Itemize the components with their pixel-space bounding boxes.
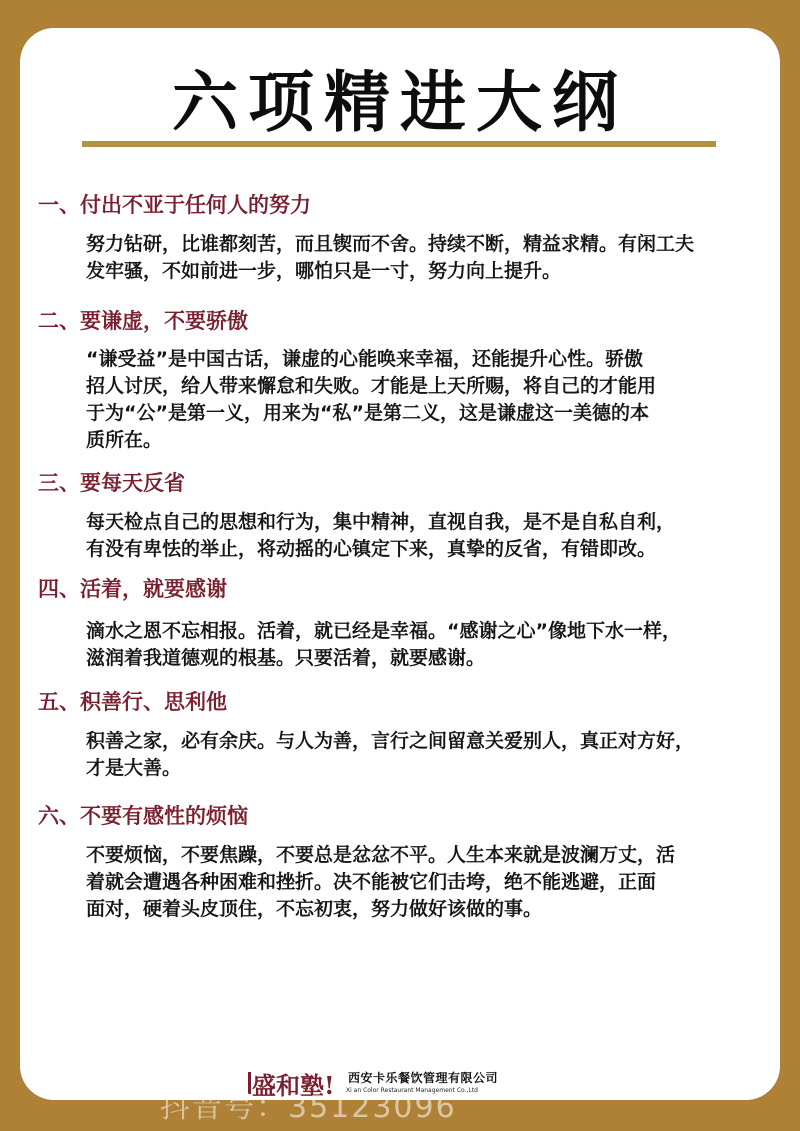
body-line: 滋润着我道德观的根基。只要活着，就要感谢。 <box>86 645 756 672</box>
section-body-6: 不要烦恼，不要焦躁，不要总是忿忿不平。人生本来就是波澜万丈，活 着就会遭遇各种困… <box>86 842 756 923</box>
body-line: 每天检点自己的思想和行为，集中精神，直视自我，是不是自私自利， <box>86 509 756 536</box>
body-line: 于为“公”是第一义，用来为“私”是第二义，这是谦虚这一美德的本 <box>86 400 756 427</box>
section-body-4: 滴水之恩不忘相报。活着，就已经是幸福。“感谢之心”像地下水一样， 滋润着我道德观… <box>86 618 756 672</box>
poster-card <box>20 28 780 1100</box>
section-heading-2: 二、要谦虚，不要骄傲 <box>38 308 248 334</box>
body-line: 招人讨厌，给人带来懈怠和失败。才能是上天所赐，将自己的才能用 <box>86 373 756 400</box>
section-body-5: 积善之家，必有余庆。与人为善，言行之间留意关爱别人，真正对方好， 才是大善。 <box>86 728 756 782</box>
body-line: 积善之家，必有余庆。与人为善，言行之间留意关爱别人，真正对方好， <box>86 728 756 755</box>
body-line: 面对，硬着头皮顶住，不忘初衷，努力做好该做的事。 <box>86 896 756 923</box>
section-heading-1: 一、付出不亚于任何人的努力 <box>38 192 311 218</box>
section-body-1: 努力钻研，比谁都刻苦，而且锲而不舍。持续不断，精益求精。有闲工夫 发牢骚，不如前… <box>86 231 756 285</box>
body-line: 努力钻研，比谁都刻苦，而且锲而不舍。持续不断，精益求精。有闲工夫 <box>86 231 756 258</box>
body-line: 着就会遭遇各种困难和挫折。决不能被它们击垮，绝不能逃避，正面 <box>86 869 756 896</box>
body-line: “谦受益”是中国古话，谦虚的心能唤来幸福，还能提升心性。骄傲 <box>86 346 756 373</box>
body-line: 才是大善。 <box>86 755 756 782</box>
body-line: 有没有卑怯的举止，将动摇的心镇定下来，真挚的反省，有错即改。 <box>86 536 756 563</box>
section-heading-3: 三、要每天反省 <box>38 470 185 496</box>
section-body-3: 每天检点自己的思想和行为，集中精神，直视自我，是不是自私自利， 有没有卑怯的举止… <box>86 509 756 563</box>
section-heading-5: 五、积善行、思利他 <box>38 689 227 715</box>
section-heading-6: 六、不要有感性的烦恼 <box>38 803 248 829</box>
body-line: 不要烦恼，不要焦躁，不要总是忿忿不平。人生本来就是波澜万丈，活 <box>86 842 756 869</box>
section-heading-4: 四、活着，就要感谢 <box>38 576 227 602</box>
watermark: 抖音号：35123096 <box>160 1082 457 1126</box>
title-divider <box>82 141 716 147</box>
section-body-2: “谦受益”是中国古话，谦虚的心能唤来幸福，还能提升心性。骄傲 招人讨厌，给人带来… <box>86 346 756 454</box>
body-line: 质所在。 <box>86 427 756 454</box>
page-title: 六项精进大纲 <box>0 62 800 142</box>
body-line: 滴水之恩不忘相报。活着，就已经是幸福。“感谢之心”像地下水一样， <box>86 618 756 645</box>
body-line: 发牢骚，不如前进一步，哪怕只是一寸，努力向上提升。 <box>86 258 756 285</box>
